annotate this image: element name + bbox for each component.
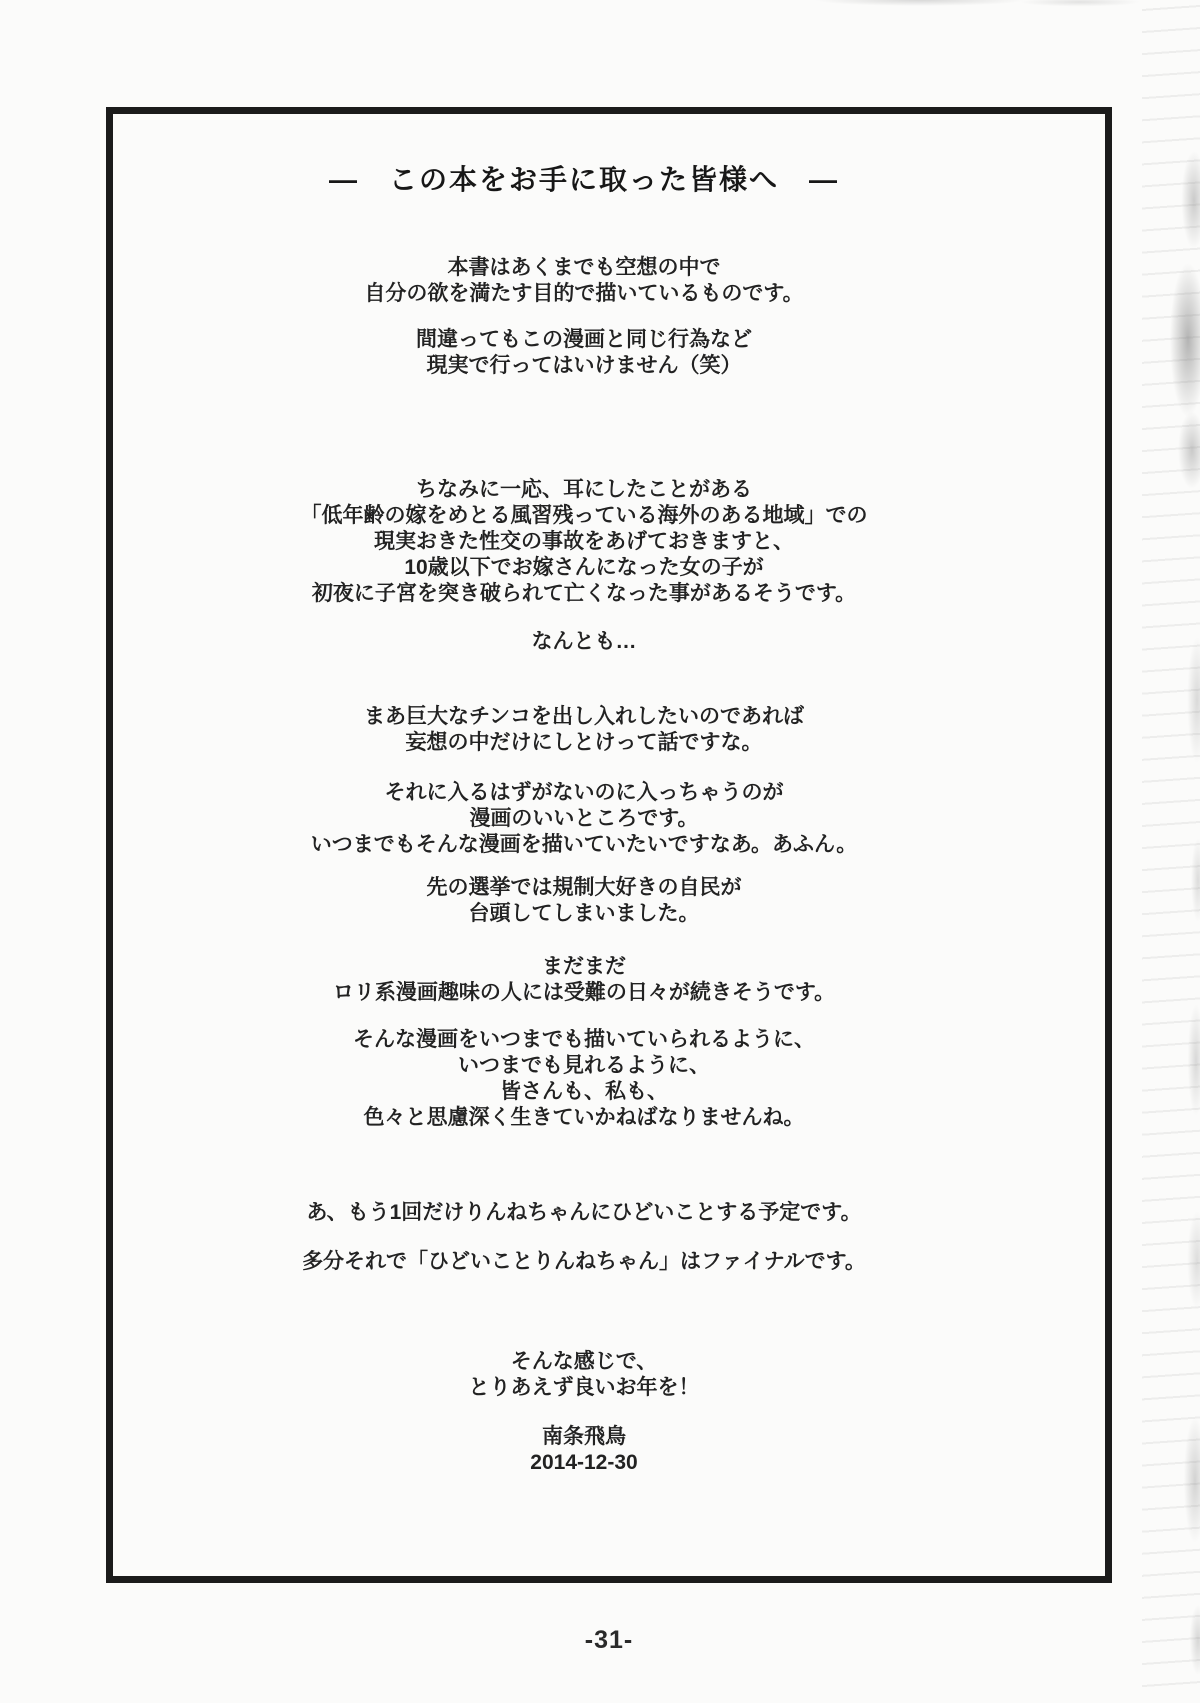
signature-block: 南条飛鳥 2014-12-30 [78, 1424, 1090, 1476]
afterword-paragraph: 先の選挙では規制大好きの自民が 台頭してしまいました。 [78, 875, 1090, 927]
afterword-paragraph: 間違ってもこの漫画と同じ行為など 現実で行ってはいけません（笑） [78, 327, 1090, 379]
afterword-paragraph: 本書はあくまでも空想の中で 自分の欲を満たす目的で描いているものです。 [78, 255, 1090, 307]
text-line: なんとも… [78, 629, 1090, 655]
text-line: いつまでもそんな漫画を描いていたいですなあ。あふん。 [78, 832, 1090, 858]
text-line: 自分の欲を満たす目的で描いているものです。 [78, 281, 1090, 307]
page-title: ― この本をお手に取った皆様へ ― [78, 158, 1090, 198]
page-number: -31- [106, 1626, 1112, 1655]
text-line: 漫画のいいところです。 [78, 806, 1090, 832]
author-name: 南条飛鳥 [78, 1424, 1090, 1450]
text-line: まあ巨大なチンコを出し入れしたいのであれば [78, 704, 1090, 730]
afterword-paragraph: そんな漫画をいつまでも描いていられるように、 いつまでも見れるように、 皆さんも… [78, 1027, 1090, 1131]
afterword-paragraph: なんとも… [78, 629, 1090, 655]
text-line: 多分それで「ひどいことりんねちゃん」はファイナルです。 [78, 1249, 1090, 1275]
text-line: 本書はあくまでも空想の中で [78, 255, 1090, 281]
afterword-paragraph: まだまだ ロリ系漫画趣味の人には受難の日々が続きそうです。 [78, 954, 1090, 1006]
afterword-paragraph: 多分それで「ひどいことりんねちゃん」はファイナルです。 [78, 1249, 1090, 1275]
text-line: いつまでも見れるように、 [78, 1053, 1090, 1079]
scan-edge-noise [1142, 0, 1200, 1703]
text-line: あ、もう1回だけりんねちゃんにひどいことする予定です。 [78, 1200, 1090, 1226]
text-line: それに入るはずがないのに入っちゃうのが [78, 780, 1090, 806]
text-line: 10歳以下でお嫁さんになった女の子が [78, 555, 1090, 581]
scanned-document-page: ― この本をお手に取った皆様へ ― 本書はあくまでも空想の中で 自分の欲を満たす… [0, 0, 1200, 1703]
text-line: 「低年齢の嫁をめとる風習残っている海外のある地域」での [78, 503, 1090, 529]
text-line: まだまだ [78, 954, 1090, 980]
afterword-paragraph: ちなみに一応、耳にしたことがある 「低年齢の嫁をめとる風習残っている海外のある地… [78, 477, 1090, 607]
text-line: 妄想の中だけにしとけって話ですな。 [78, 730, 1090, 756]
text-line: 皆さんも、私も、 [78, 1079, 1090, 1105]
text-line: そんな漫画をいつまでも描いていられるように、 [78, 1027, 1090, 1053]
text-line: 現実で行ってはいけません（笑） [78, 353, 1090, 379]
text-line: 初夜に子宮を突き破られて亡くなった事があるそうです。 [78, 581, 1090, 607]
text-line: 色々と思慮深く生きていかねばなりませんね。 [78, 1105, 1090, 1131]
text-line: 間違ってもこの漫画と同じ行為など [78, 327, 1090, 353]
text-line: そんな感じで、 [78, 1349, 1090, 1375]
scan-top-smudge [760, 0, 1140, 14]
afterword-paragraph: まあ巨大なチンコを出し入れしたいのであれば 妄想の中だけにしとけって話ですな。 [78, 704, 1090, 756]
text-line: 現実おきた性交の事故をあげておきますと、 [78, 529, 1090, 555]
afterword-paragraph: そんな感じで、 とりあえず良いお年を！ [78, 1349, 1090, 1401]
text-line: 先の選挙では規制大好きの自民が [78, 875, 1090, 901]
text-line: ロリ系漫画趣味の人には受難の日々が続きそうです。 [78, 980, 1090, 1006]
text-line: 台頭してしまいました。 [78, 901, 1090, 927]
publish-date: 2014-12-30 [78, 1450, 1090, 1476]
text-line: ちなみに一応、耳にしたことがある [78, 477, 1090, 503]
afterword-paragraph: あ、もう1回だけりんねちゃんにひどいことする予定です。 [78, 1200, 1090, 1226]
text-line: とりあえず良いお年を！ [78, 1375, 1090, 1401]
afterword-paragraph: それに入るはずがないのに入っちゃうのが 漫画のいいところです。 いつまでもそんな… [78, 780, 1090, 858]
